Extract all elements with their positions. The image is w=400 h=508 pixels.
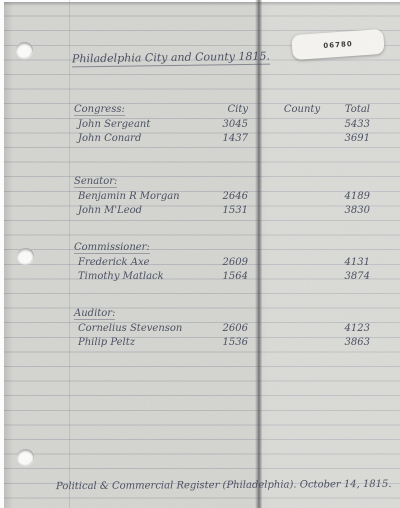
table-row: John Sergeant 3045 5433 [66, 119, 378, 134]
candidate-name: John M'Leod [78, 205, 142, 216]
total-votes: 4189 [322, 191, 370, 202]
total-votes: 4131 [322, 257, 370, 268]
column-header-county: County [276, 104, 328, 115]
table-row: Cornelius Stevenson 2606 4123 [66, 323, 378, 338]
total-votes: 3863 [322, 337, 370, 348]
punch-hole-top [16, 42, 33, 58]
column-header-total: Total [322, 104, 370, 115]
candidate-name: Cornelius Stevenson [78, 323, 182, 334]
scanned-ledger-page: 06780 Philadelphia City and County 1815.… [0, 0, 400, 508]
candidate-name: Timothy Matlack [78, 271, 164, 282]
candidate-name: Philip Peltz [78, 337, 135, 348]
city-votes: 3045 [196, 119, 248, 130]
city-votes: 1564 [196, 271, 248, 282]
punch-hole-middle [17, 248, 34, 264]
column-header-city: City [196, 104, 248, 115]
city-votes: 2609 [196, 257, 248, 268]
table-row: John Conard 1437 3691 [66, 133, 378, 148]
section-header: Congress: [74, 104, 125, 116]
city-votes: 1536 [196, 337, 248, 348]
total-votes: 3830 [322, 205, 370, 216]
city-votes: 1437 [196, 133, 248, 144]
section-header: Commissioner: [74, 242, 150, 254]
total-votes: 3874 [322, 271, 370, 282]
section-auditor: Auditor: Cornelius Stevenson 2606 4123 P… [66, 308, 378, 352]
table-header-row: Senator: [66, 176, 378, 191]
candidate-name: John Sergeant [78, 119, 150, 130]
total-votes: 5433 [322, 119, 370, 130]
city-votes: 2646 [196, 191, 248, 202]
section-commissioner: Commissioner: Frederick Axe 2609 4131 Ti… [66, 242, 378, 286]
section-header: Auditor: [74, 308, 115, 320]
catalog-number: 06780 [323, 39, 353, 49]
candidate-name: John Conard [78, 133, 141, 144]
page-title: Philadelphia City and County 1815. [72, 50, 270, 66]
total-votes: 4123 [322, 323, 370, 334]
table-header-row: Auditor: [66, 308, 378, 323]
table-row: Frederick Axe 2609 4131 [66, 257, 378, 272]
candidate-name: Frederick Axe [78, 257, 150, 268]
section-header: Senator: [74, 176, 117, 188]
city-votes: 2606 [196, 323, 248, 334]
city-votes: 1531 [196, 205, 248, 216]
table-header-row: Commissioner: [66, 242, 378, 257]
table-row: John M'Leod 1531 3830 [66, 205, 378, 220]
table-row: Timothy Matlack 1564 3874 [66, 271, 378, 286]
punch-hole-bottom [17, 449, 34, 465]
section-congress: Congress: City County Total John Sergean… [66, 104, 378, 148]
table-row: Benjamin R Morgan 2646 4189 [66, 191, 378, 206]
candidate-name: Benjamin R Morgan [78, 191, 180, 202]
table-row: Philip Peltz 1536 3863 [66, 337, 378, 352]
total-votes: 3691 [322, 133, 370, 144]
table-header-row: Congress: City County Total [66, 104, 378, 119]
section-senator: Senator: Benjamin R Morgan 2646 4189 Joh… [66, 176, 378, 220]
